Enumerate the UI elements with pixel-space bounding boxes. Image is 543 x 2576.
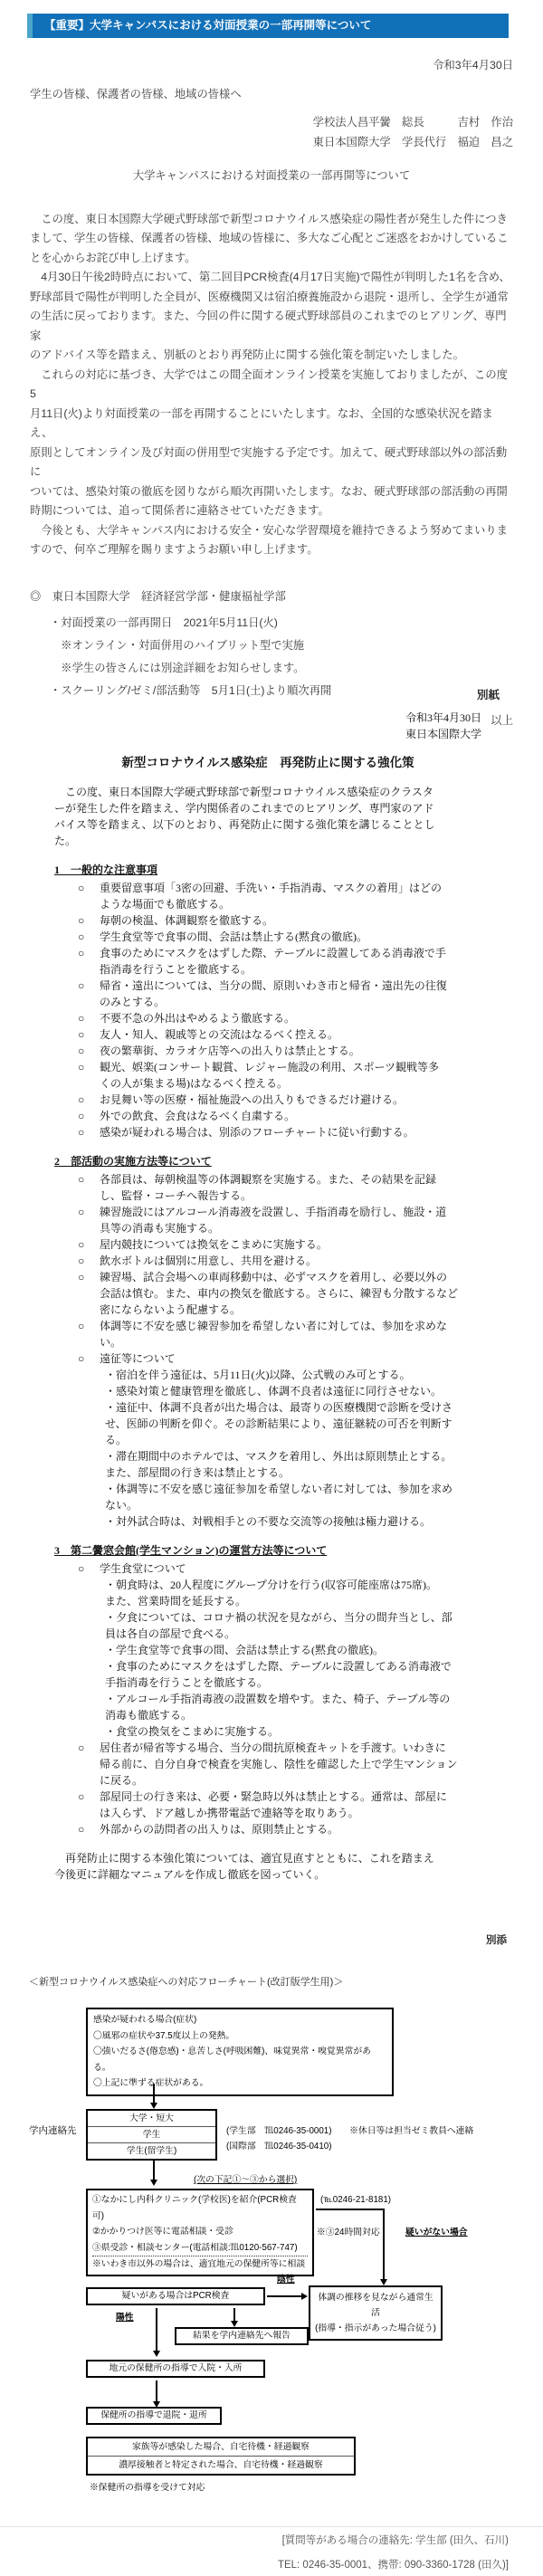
attachment-closing: 再発防止に関する本強化策については、適宜見直すとともに、これを踏まえ 今後更に詳…	[54, 1850, 481, 1883]
list-item: ○ 体調等に不安を感じ練習参加を希望しない者に対しては、参加を求めな い。	[54, 1318, 481, 1350]
arrow-right-icon	[301, 2293, 308, 2300]
pcr-box: 疑いがある場合はPCR検査	[86, 2287, 265, 2305]
no-suspicion-label: 疑いがない場合	[405, 2225, 468, 2241]
footer-divider	[0, 2526, 543, 2527]
item-text: ・体調等に不安を感じ遠征参加を希望しない者に対しては、参加を求め ない。	[105, 1481, 481, 1513]
arrow-down-icon	[153, 2351, 160, 2357]
item-text: 居住者が帰省等する場合、当分の間抗原検査キットを手渡す。いわきに 帰る前に、自分…	[100, 1740, 481, 1789]
list-item: ・朝食時は、20人程度にグループ分けを行う(収容可能座席は75席)。 また、営業…	[54, 1577, 481, 1609]
item-marker: ○	[54, 1124, 100, 1140]
contact-row: 大学・短大	[88, 2111, 215, 2127]
footer-contact-line2: TEL: 0246-35-0001、携帯: 090-3360-1728 (田久)…	[278, 2558, 509, 2574]
item-marker: ○	[54, 1026, 100, 1043]
list-item: ○ 感染が疑われる場合は、別添のフローチャートに従い行動する。	[54, 1124, 481, 1140]
notice-title: 大学キャンパスにおける対面授業の一部再開等について	[30, 167, 513, 186]
item-text: 部屋同士の行き来は、必要・緊急時以外は禁止とする。通常は、部屋に は入らず、ドア…	[100, 1789, 481, 1821]
list-item: ・対外試合時は、対戦相手との不要な交流等の接触は極力避ける。	[54, 1513, 481, 1530]
arrow-down-icon	[231, 2321, 238, 2327]
arrow-line	[233, 2308, 235, 2322]
list-item: ○ 友人・知人、親戚等との交流はなるべく控える。	[54, 1026, 481, 1043]
item-text: 外での飲食、会食はなるべく自粛する。	[100, 1108, 481, 1124]
list-item: ○ 学生食堂について	[54, 1560, 481, 1577]
list-item: ○ 居住者が帰省等する場合、当分の間抗原検査キットを手渡す。いわきに 帰る前に、…	[54, 1740, 481, 1789]
flow-line	[316, 2209, 385, 2210]
list-item: ○ 帰省・遠出については、当分の間、原則いわき市と帰省・遠出先の往復 のみとする…	[54, 978, 481, 1010]
symptom-box: 感染が疑われる場合(症状) 〇風邪の症状や37.5度以上の発熱。 〇強いだるさ(…	[86, 2008, 394, 2096]
item-marker: ○	[54, 1043, 100, 1059]
list-item: ○ 練習場、試合会場への車両移動中は、必ずマスクを着用し、必要以外の 会話は慎む…	[54, 1269, 481, 1318]
arrow-down-icon	[150, 2180, 157, 2186]
item-text: ・学生食堂等で食事の間、会話は禁止する(黙食の徹底)。	[105, 1642, 481, 1658]
notice-date: 令和3年4月30日	[30, 56, 513, 76]
medical-options: ①なかにし内科クリニック(学校医)を紹介(PCR検査可) ②かかりつけ医等に電話…	[92, 2192, 308, 2256]
item-text: お見舞い等の医療・福祉施設への出入りもできるだけ避ける。	[100, 1092, 481, 1108]
item-marker: ○	[54, 1560, 100, 1577]
item-marker: ○	[54, 1204, 100, 1236]
list-item: ・宿泊を伴う遠征は、5月11日(火)以降、公式戦のみ可とする。	[54, 1367, 481, 1383]
negative-label: 陰性	[277, 2272, 295, 2288]
list-item: ○ 各部員は、毎朝検温等の体調観察を実施する。また、その結果を記録 し、監督・コ…	[54, 1171, 481, 1204]
item-text: ・食事のためにマスクをはずした際、テーブルに設置してある消毒液で 手指消毒を行う…	[105, 1658, 481, 1691]
item-marker: ○	[54, 1269, 100, 1318]
hokenjo-note: ※保健所の指導を受けて対応	[90, 2480, 205, 2496]
flowchart-title: ＜新型コロナウイルス感染症への対応フローチャート(改訂版学生用)＞	[29, 1975, 343, 1991]
list-item: ○ 食事のためにマスクをはずした際、テーブルに設置してある消毒液で手 指消毒を行…	[54, 945, 481, 978]
item-text: 食事のためにマスクをはずした際、テーブルに設置してある消毒液で手 指消毒を行うこ…	[100, 945, 481, 978]
list-item: ・学生食堂等で食事の間、会話は禁止する(黙食の徹底)。	[54, 1642, 481, 1658]
list-item: ○ お見舞い等の医療・福祉施設への出入りもできるだけ避ける。	[54, 1092, 481, 1108]
list-item: ○ 重要留意事項「3密の回避、手洗い・手指消毒、マスクの着用」はどの ような場面…	[54, 880, 481, 912]
flow-line	[267, 2295, 302, 2297]
item-marker: ○	[54, 1092, 100, 1108]
hours-note: ※③24時間対応	[317, 2225, 380, 2241]
contact-note-students: (学生部 ℡0246-35-0001) ※休日等は担当ゼミ教員へ連絡	[226, 2123, 473, 2140]
arrow-line	[153, 2161, 155, 2180]
list-item: ・夕食については、コロナ禍の状況を見ながら、当分の間弁当とし、部 員は各自の部屋…	[54, 1609, 481, 1642]
notice-body: 令和3年4月30日 学生の皆様、保護者の皆様、地域の皆様へ 学校法人昌平黌 総長…	[30, 38, 513, 731]
normal-life-box: 体調の推移を見ながら通常生活 (指導・指示があった場合従う)	[309, 2285, 443, 2341]
arrow-line	[156, 2308, 157, 2352]
contact-row: 学生	[88, 2127, 215, 2143]
list-item: ・滞在期間中のホテルでは、マスクを着用し、外出は原則禁止とする。 また、部屋間の…	[54, 1448, 481, 1481]
section-2-heading: 2 部活動の実施方法等について	[54, 1153, 481, 1169]
item-marker: ○	[54, 1318, 100, 1350]
list-item: ○ 飲水ボトルは個別に用意し、共用を避ける。	[54, 1253, 481, 1269]
family-case-row: 濃厚接触者と特定された場合、自宅待機・経過観察	[88, 2457, 354, 2474]
item-marker: ○	[54, 978, 100, 1010]
contact-row: 学生(留学生)	[88, 2143, 215, 2159]
list-item: ○ 外での飲食、会食はなるべく自粛する。	[54, 1108, 481, 1124]
item-text: 学生食堂について	[100, 1560, 481, 1577]
arrow-down-icon	[150, 2103, 157, 2109]
document-page: 【重要】大学キャンパスにおける対面授業の一部再開等について 令和3年4月30日 …	[0, 0, 543, 2576]
notice-banner: 【重要】大学キャンパスにおける対面授業の一部再開等について	[27, 14, 509, 38]
list-item: ○ 学生食堂等で食事の間、会話は禁止する(黙食の徹底)。	[54, 929, 481, 945]
list-item: ○ 外部からの訪問者の出入りは、原則禁止とする。	[54, 1821, 481, 1837]
list-item: ・食事のためにマスクをはずした際、テーブルに設置してある消毒液で 手指消毒を行う…	[54, 1658, 481, 1691]
attachment-date: 令和3年4月30日	[54, 710, 481, 726]
item-text: 観光、娯楽(コンサート観賞、レジャー施設の利用、スポーツ観戦等多 くの人が集まる…	[100, 1059, 481, 1092]
medical-options-box: ①なかにし内科クリニック(学校医)を紹介(PCR検査可) ②かかりつけ医等に電話…	[86, 2189, 314, 2276]
item-marker: ○	[54, 880, 100, 912]
item-marker: ○	[54, 1236, 100, 1253]
notice-paragraph: 4月30日午後2時時点において、第二回目PCR検査(4月17日実施)で陽性が判明…	[30, 268, 513, 366]
list-item: ・体調等に不安を感じ遠征参加を希望しない者に対しては、参加を求め ない。	[54, 1481, 481, 1513]
banner-title: 【重要】大学キャンパスにおける対面授業の一部再開等について	[44, 19, 371, 32]
arrow-line	[153, 2084, 155, 2104]
notice-signer-2: 東日本国際大学 学長代行 福迫 昌之	[30, 133, 513, 153]
item-marker: ○	[54, 1789, 100, 1821]
notice-salutation: 学生の皆様、保護者の皆様、地域の皆様へ	[30, 85, 513, 105]
medical-options-note: ※いわき市以外の場合は、適宜地元の保健所等に相談	[92, 2256, 308, 2273]
select-options-label: (次の下記①～③から選択)	[194, 2172, 297, 2189]
section-2-items: ○ 各部員は、毎朝検温等の体調観察を実施する。また、その結果を記録 し、監督・コ…	[54, 1171, 481, 1530]
list-item: ○ 遠征等について	[54, 1350, 481, 1367]
clinic-tel-note: (℡0246-21-8181)	[320, 2192, 391, 2209]
contact-box: 大学・短大 学生 学生(留学生)	[86, 2109, 217, 2161]
item-text: ・対外試合時は、対戦相手との不要な交流等の接触は極力避ける。	[105, 1513, 481, 1530]
item-text: ・遠征中、体調不良者が出た場合は、最寄りの医療機関で診断を受けさ せ、医師の判断…	[105, 1399, 481, 1448]
item-text: ・滞在期間中のホテルでは、マスクを着用し、外出は原則禁止とする。 また、部屋間の…	[105, 1448, 481, 1481]
item-marker: ○	[54, 1821, 100, 1837]
item-text: 感染が疑われる場合は、別添のフローチャートに従い行動する。	[100, 1124, 481, 1140]
family-case-row: 家族等が感染した場合、自宅待機・経過観察	[88, 2438, 354, 2457]
notice-paragraph: この度、東日本国際大学硬式野球部で新型コロナウイルス感染症の陽性者が発生した件に…	[30, 210, 513, 269]
item-text: 毎朝の検温、体調観察を徹底する。	[100, 912, 481, 929]
item-marker: ○	[54, 1108, 100, 1124]
list-item: ・食堂の換気をこまめに実施する。	[54, 1723, 481, 1740]
attachment-intro: この度、東日本国際大学硬式野球部で新型コロナウイルス感染症のクラスタ ーが発生し…	[54, 784, 481, 849]
attachment-doc: 令和3年4月30日 東日本国際大学 新型コロナウイルス感染症 再発防止に関する強…	[54, 710, 481, 1883]
list-item: ○ 屋内競技については換気をこまめに実施する。	[54, 1236, 481, 1253]
attachment-org: 東日本国際大学	[54, 726, 481, 742]
item-text: 帰省・遠出については、当分の間、原則いわき市と帰省・遠出先の往復 のみとする。	[100, 978, 481, 1010]
item-text: 飲水ボトルは個別に用意し、共用を避ける。	[100, 1253, 481, 1269]
section-1-heading: 1 一般的な注意事項	[54, 862, 481, 878]
item-text: 練習場、試合会場への車両移動中は、必ずマスクを着用し、必要以外の 会話は慎む。ま…	[100, 1269, 481, 1318]
item-text: ・宿泊を伴う遠征は、5月11日(火)以降、公式戦のみ可とする。	[105, 1367, 481, 1383]
item-text: ・感染対策と健康管理を徹底し、体調不良者は遠征に同行させない。	[105, 1383, 481, 1399]
item-text: 不要不急の外出はやめるよう徹底する。	[100, 1010, 481, 1026]
flowchart-betten: 別添 ＜新型コロナウイルス感染症への対応フローチャート(改訂版学生用)＞ 感染が…	[0, 1901, 543, 2576]
attachment-besshi: 別紙 令和3年4月30日 東日本国際大学 新型コロナウイルス感染症 再発防止に関…	[0, 686, 543, 1883]
attachment-title: 新型コロナウイルス感染症 再発防止に関する強化策	[54, 755, 481, 771]
item-marker: ○	[54, 1740, 100, 1789]
item-text: ・朝食時は、20人程度にグループ分けを行う(収容可能座席は75席)。 また、営業…	[105, 1577, 481, 1609]
item-text: 遠征等について	[100, 1350, 481, 1367]
notice-paragraph: これらの対応に基づき、大学ではこの間全面オンライン授業を実施しておりましたが、こ…	[30, 366, 513, 521]
list-item: ○ 夜の繁華街、カラオケ店等への出入りは禁止とする。	[54, 1043, 481, 1059]
betten-label: 別添	[486, 1933, 507, 1950]
section-1-items: ○ 重要留意事項「3密の回避、手洗い・手指消毒、マスクの着用」はどの ような場面…	[54, 880, 481, 1140]
list-item: ・アルコール手指消毒液の設置数を増やす。また、椅子、テーブル等の 消毒も徹底する…	[54, 1691, 481, 1723]
item-text: 友人・知人、親戚等との交流はなるべく控える。	[100, 1026, 481, 1043]
item-marker: ○	[54, 1253, 100, 1269]
besshi-label: 別紙	[0, 686, 543, 702]
notice-signer-1: 学校法人昌平黌 総長 吉村 作治	[30, 113, 513, 133]
item-marker: ○	[54, 1171, 100, 1204]
report-box: 結果を学内連絡先へ報告	[175, 2327, 309, 2345]
section-3-heading: 3 第二黌窓会館(学生マンション)の運営方法等について	[54, 1542, 481, 1559]
section-3-items: ○ 学生食堂について ・朝食時は、20人程度にグループ分けを行う(収容可能座席は…	[54, 1560, 481, 1837]
list-item: ○ 不要不急の外出はやめるよう徹底する。	[54, 1010, 481, 1026]
notice-paragraph: 今後とも、大学キャンパス内における安全・安心な学習環境を維持できるよう努めてまい…	[30, 521, 513, 560]
family-case-box: 家族等が感染した場合、自宅待機・経過観察 濃厚接触者と特定された場合、自宅待機・…	[86, 2437, 356, 2476]
contact-note-international: (国際部 ℡0246-35-0410)	[226, 2139, 332, 2155]
list-item: ○ 部屋同士の行き来は、必要・緊急時以外は禁止とする。通常は、部屋に は入らず、…	[54, 1789, 481, 1821]
item-text: 各部員は、毎朝検温等の体調観察を実施する。また、その結果を記録 し、監督・コーチ…	[100, 1171, 481, 1204]
list-item: ・感染対策と健康管理を徹底し、体調不良者は遠征に同行させない。	[54, 1383, 481, 1399]
item-text: 外部からの訪問者の出入りは、原則禁止とする。	[100, 1821, 481, 1837]
item-text: ・食堂の換気をこまめに実施する。	[105, 1723, 481, 1740]
list-item: ○ 毎朝の検温、体調観察を徹底する。	[54, 912, 481, 929]
item-marker: ○	[54, 1010, 100, 1026]
discharge-box: 保健所の指導で退院・退所	[86, 2407, 222, 2425]
item-marker: ○	[54, 945, 100, 978]
footer-contact-line1: [質問等がある場合の連絡先: 学生部 (田久、石川)	[282, 2533, 509, 2550]
list-item: ○ 練習施設にはアルコール消毒液を設置し、手指消毒を励行し、施設・道 具等の消毒…	[54, 1204, 481, 1236]
item-text: ・夕食については、コロナ禍の状況を見ながら、当分の間弁当とし、部 員は各自の部屋…	[105, 1609, 481, 1642]
arrow-line	[156, 2380, 157, 2402]
contact-label: 学内連絡先	[29, 2123, 77, 2140]
item-text: 屋内競技については換気をこまめに実施する。	[100, 1236, 481, 1253]
positive-label: 陽性	[116, 2310, 134, 2326]
item-marker: ○	[54, 912, 100, 929]
hospitalize-box: 地元の保健所の指導で入院・入所	[86, 2360, 265, 2378]
item-text: ・アルコール手指消毒液の設置数を増やす。また、椅子、テーブル等の 消毒も徹底する…	[105, 1691, 481, 1723]
faculty-heading: ◎ 東日本国際大学 経済経営学部・健康福祉学部	[30, 587, 513, 607]
arrow-down-icon	[380, 2279, 387, 2285]
item-marker: ○	[54, 1350, 100, 1367]
list-item: ○ 観光、娯楽(コンサート観賞、レジャー施設の利用、スポーツ観戦等多 くの人が集…	[54, 1059, 481, 1092]
item-text: 学生食堂等で食事の間、会話は禁止する(黙食の徹底)。	[100, 929, 481, 945]
flow-line	[383, 2209, 385, 2280]
item-text: 体調等に不安を感じ練習参加を希望しない者に対しては、参加を求めな い。	[100, 1318, 481, 1350]
item-text: 夜の繁華街、カラオケ店等への出入りは禁止とする。	[100, 1043, 481, 1059]
item-marker: ○	[54, 929, 100, 945]
item-marker: ○	[54, 1059, 100, 1092]
item-text: 重要留意事項「3密の回避、手洗い・手指消毒、マスクの着用」はどの ような場面でも…	[100, 880, 481, 912]
list-item: ・遠征中、体調不良者が出た場合は、最寄りの医療機関で診断を受けさ せ、医師の判断…	[54, 1399, 481, 1448]
item-text: 練習施設にはアルコール消毒液を設置し、手指消毒を励行し、施設・道 具等の消毒も実…	[100, 1204, 481, 1236]
